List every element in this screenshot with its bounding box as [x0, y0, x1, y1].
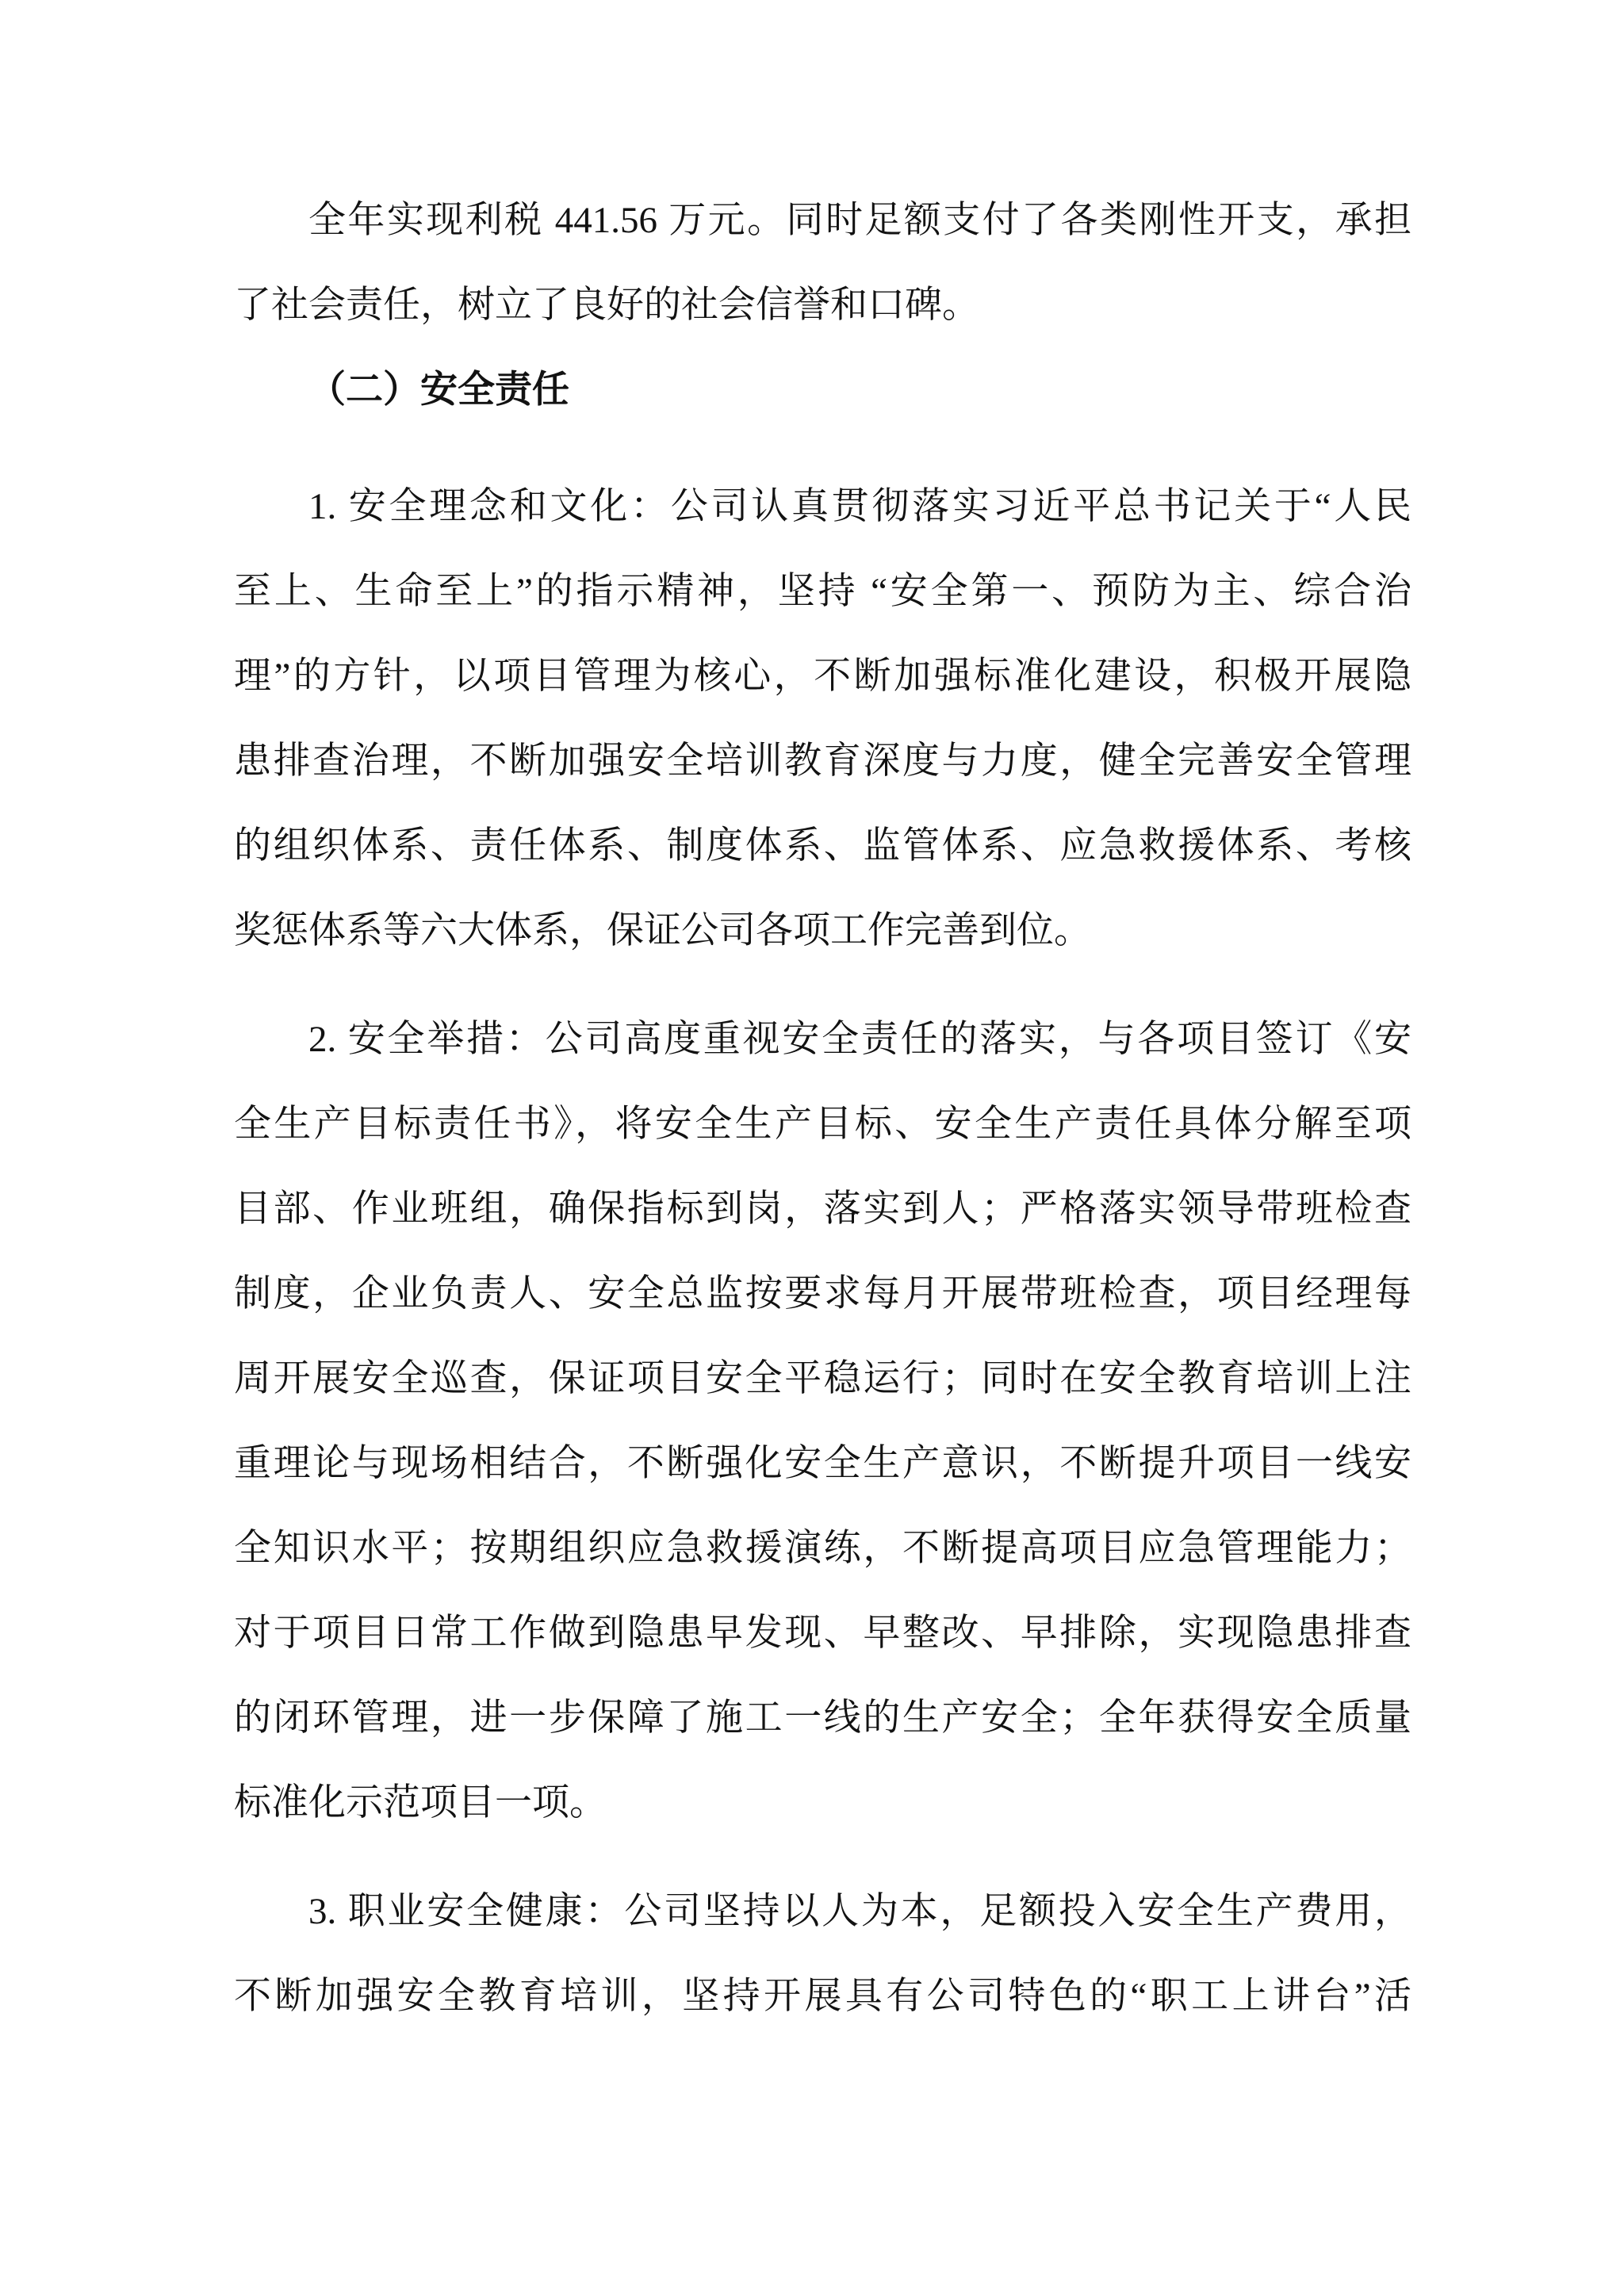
paragraph-occupational-health: 3. 职业安全健康：公司坚持以人为本，足额投入安全生产费用， 不断加强安全教育培… [234, 1869, 1411, 2039]
text-line: 全知识水平；按期组织应急救援演练，不断提高项目应急管理能力； [234, 1506, 1411, 1591]
text-line: 制度，企业负责人、安全总监按要求每月开展带班检查，项目经理每 [234, 1252, 1411, 1337]
text-line: 全年实现利税 441.56 万元。同时足额支付了各类刚性开支，承担 [234, 178, 1411, 263]
document-page: 全年实现利税 441.56 万元。同时足额支付了各类刚性开支，承担 了社会责任，… [0, 0, 1624, 2296]
section-heading: （二）安全责任 [234, 348, 1411, 433]
text-line: 患排查治理，不断加强安全培训教育深度与力度，健全完善安全管理 [234, 719, 1411, 804]
text-line: 的组织体系、责任体系、制度体系、监管体系、应急救援体系、考核 [234, 804, 1411, 889]
text-line: 的闭环管理，进一步保障了施工一线的生产安全；全年获得安全质量 [234, 1676, 1411, 1761]
text-line: 重理论与现场相结合，不断强化安全生产意识，不断提升项目一线安 [234, 1422, 1411, 1506]
text-line: 至上、生命至上”的指示精神，坚持 “安全第一、预防为主、综合治 [234, 549, 1411, 634]
text-line: 1. 安全理念和文化：公司认真贯彻落实习近平总书记关于“人民 [234, 465, 1411, 549]
paragraph-safety-measures: 2. 安全举措：公司高度重视安全责任的落实，与各项目签订《安 全生产目标责任书》… [234, 997, 1411, 1846]
section-heading-text: （二）安全责任 [234, 348, 1411, 433]
text-line: 奖惩体系等六大体系，保证公司各项工作完善到位。 [234, 889, 1411, 974]
text-line: 对于项目日常工作做到隐患早发现、早整改、早排除，实现隐患排查 [234, 1591, 1411, 1676]
text-line: 3. 职业安全健康：公司坚持以人为本，足额投入安全生产费用， [234, 1869, 1411, 1954]
text-line: 目部、作业班组，确保指标到岗，落实到人；严格落实领导带班检查 [234, 1167, 1411, 1252]
text-line: 理”的方针，以项目管理为核心，不断加强标准化建设，积极开展隐 [234, 634, 1411, 719]
paragraph-continuation: 全年实现利税 441.56 万元。同时足额支付了各类刚性开支，承担 了社会责任，… [234, 178, 1411, 348]
paragraph-safety-culture: 1. 安全理念和文化：公司认真贯彻落实习近平总书记关于“人民 至上、生命至上”的… [234, 465, 1411, 974]
text-line: 不断加强安全教育培训，坚持开展具有公司特色的“职工上讲台”活 [234, 1954, 1411, 2039]
text-line: 标准化示范项目一项。 [234, 1761, 1411, 1846]
text-line: 周开展安全巡查，保证项目安全平稳运行；同时在安全教育培训上注 [234, 1337, 1411, 1422]
text-line: 2. 安全举措：公司高度重视安全责任的落实，与各项目签订《安 [234, 997, 1411, 1082]
text-line: 了社会责任，树立了良好的社会信誉和口碑。 [234, 263, 1411, 348]
text-line: 全生产目标责任书》，将安全生产目标、安全生产责任具体分解至项 [234, 1082, 1411, 1167]
